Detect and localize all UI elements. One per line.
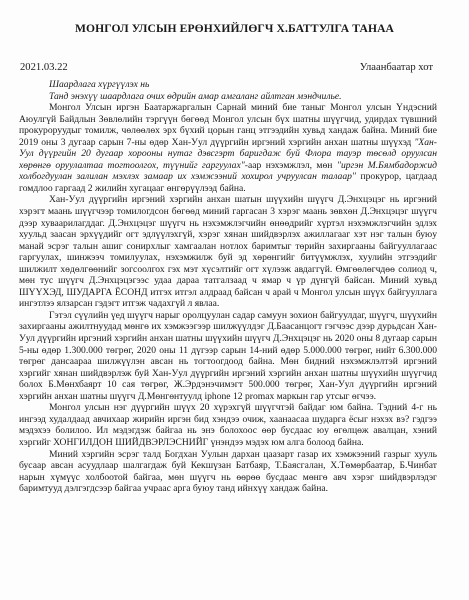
paragraph-2: Хан-Уул дүүргийн иргэний хэргийн анхан ш… [19,194,437,309]
document-body: Шаардлага хүргүүлэх нь Танд энэхүү шаард… [19,79,437,495]
paragraph-1-text-2: -аар нэхэмжлэл, мөн [245,160,337,171]
document-title: МОНГОЛ УЛСЫН ЕРӨНХИЙЛӨГЧ Х.БАТТУЛГА ТАНА… [0,22,469,35]
document-place: Улаанбаатар хот [360,62,433,73]
greeting-salutation: Танд энэхүү шаардлага очих өдрийн амар а… [19,91,437,103]
greeting-subject: Шаардлага хүргүүлэх нь [19,79,437,91]
paragraph-1-text: Монгол Улсын иргэн Баатаржаргалын Сарнай… [19,102,437,148]
document-date: 2021.03.22 [20,62,68,73]
document-page: МОНГОЛ УЛСЫН ЕРӨНХИЙЛӨГЧ Х.БАТТУЛГА ТАНА… [0,0,469,600]
paragraph-4: Монгол улсын нэг дүүргийн шүүх 20 хүрэхг… [19,402,437,448]
paragraph-5: Миний хэргийн эсрэг талд Богдхан Уулын д… [19,449,437,495]
paragraph-3: Гэтэл сүүлийн үед шүүгч нарыг оролцуулан… [19,310,437,402]
paragraph-1: Монгол Улсын иргэн Баатаржаргалын Сарнай… [19,102,437,194]
